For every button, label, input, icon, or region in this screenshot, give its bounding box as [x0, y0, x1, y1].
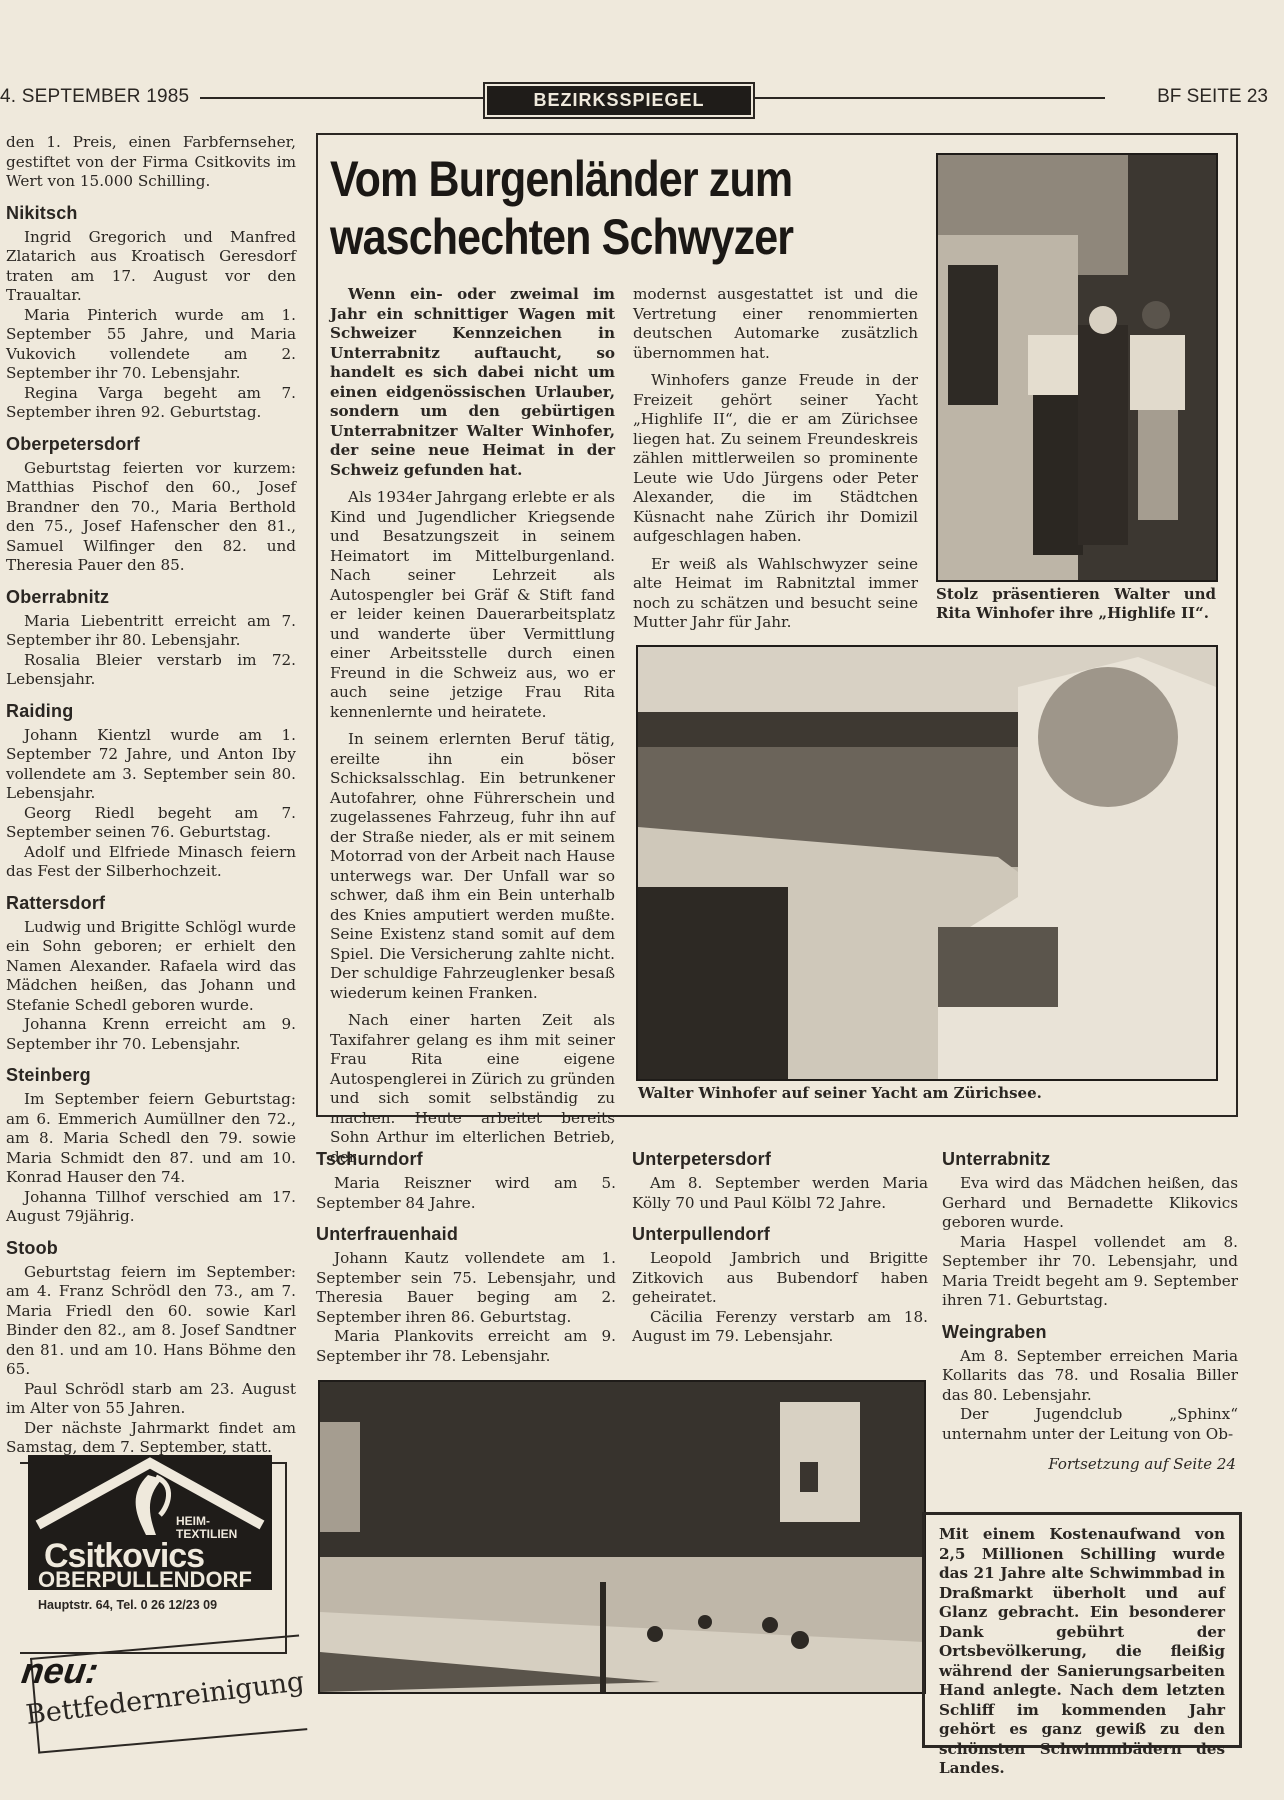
section-paragraph: Maria Liebentritt erreicht am 7. Septemb… — [6, 612, 296, 651]
section-heading: Oberrabnitz — [6, 586, 296, 608]
section-paragraph: Rosalia Bleier verstarb im 72. Lebensjah… — [6, 651, 296, 690]
section-heading: Unterrabnitz — [942, 1148, 1238, 1170]
photo-man-on-yacht — [636, 645, 1218, 1081]
photo-yacht-couple-image — [938, 155, 1216, 580]
ad-address: Hauptstr. 64, Tel. 0 26 12/23 09 — [38, 1598, 217, 1612]
header-rule-right — [755, 97, 1105, 99]
photo-man-on-yacht-image — [638, 647, 1216, 1079]
section-paragraph: Regina Varga begeht am 7. September ihre… — [6, 384, 296, 423]
feature-headline: Vom Burgenländer zum waschechten Schwyze… — [330, 150, 846, 266]
intro-text: den 1. Preis, einen Farbfernseher, gesti… — [6, 133, 296, 192]
section-paragraph: Johann Kautz vollendete am 1. September … — [316, 1249, 616, 1327]
section-paragraph: Am 8. September werden Maria Kölly 70 un… — [632, 1174, 928, 1213]
section-paragraph: Johann Kientzl wurde am 1. September 72 … — [6, 726, 296, 804]
feature-paragraph: Als 1934er Jahrgang erlebte er als Kind … — [330, 488, 615, 722]
section-paragraph: Adolf und Elfriede Minasch feiern das Fe… — [6, 843, 296, 882]
section-heading: Raiding — [6, 700, 296, 722]
section-paragraph: Maria Plankovits erreicht am 9. Septembe… — [316, 1327, 616, 1366]
section-paragraph: Maria Haspel vollendet am 8. September i… — [942, 1233, 1238, 1311]
section-paragraph: Der Jugendclub „Sphinx“ unternahm unter … — [942, 1405, 1238, 1444]
photo2-caption: Walter Winhofer auf seiner Yacht am Züri… — [638, 1084, 1042, 1103]
left-column: den 1. Preis, einen Farbfernseher, gesti… — [6, 133, 296, 1458]
section-heading: Oberpetersdorf — [6, 433, 296, 455]
page-number: BF SEITE 23 — [1157, 86, 1268, 108]
section-paragraph: Paul Schrödl starb am 23. August im Alte… — [6, 1380, 296, 1419]
feature-paragraph: In seinem erlernten Beruf tätig, ereilte… — [330, 730, 615, 1003]
pool-info-text: Mit einem Kostenaufwand von 2,5 Millione… — [939, 1525, 1225, 1779]
section-paragraph: Geburtstag feierten vor kurzem: Matthias… — [6, 459, 296, 576]
section-heading: Unterpetersdorf — [632, 1148, 928, 1170]
continuation-note[interactable]: Fortsetzung auf Seite 24 — [942, 1455, 1236, 1473]
section-heading: Steinberg — [6, 1064, 296, 1086]
section-paragraph: Der nächste Jahrmarkt findet am Samstag,… — [6, 1419, 296, 1458]
pool-info-box: Mit einem Kostenaufwand von 2,5 Millione… — [922, 1512, 1242, 1748]
section-paragraph: Johanna Krenn erreicht am 9. September i… — [6, 1015, 296, 1054]
section-paragraph: Geburtstag feiern im September: am 4. Fr… — [6, 1263, 296, 1380]
section-paragraph: Johanna Tillhof verschied am 17. August … — [6, 1188, 296, 1227]
section-paragraph: Maria Reiszner wird am 5. September 84 J… — [316, 1174, 616, 1213]
section-paragraph: Ludwig und Brigitte Schlögl wurde ein So… — [6, 918, 296, 1016]
photo-swimming-pool-image — [320, 1382, 924, 1692]
feature-column-2: modernst ausgestattet ist und die Vertre… — [633, 285, 918, 633]
section-heading: Unterfrauenhaid — [316, 1223, 616, 1245]
section-heading: Stoob — [6, 1237, 296, 1259]
section-heading: Nikitsch — [6, 202, 296, 224]
section-heading: Weingraben — [942, 1321, 1238, 1343]
lower-column-1: TschurndorfMaria Reiszner wird am 5. Sep… — [316, 1138, 616, 1366]
feature-paragraph: modernst ausgestattet ist und die Vertre… — [633, 285, 918, 363]
lower-column-2: UnterpetersdorfAm 8. September werden Ma… — [632, 1138, 928, 1347]
section-paragraph: Georg Riedl begeht am 7. September seine… — [6, 804, 296, 843]
advertisement[interactable]: HEIM- TEXTILIEN Csitkovics OBERPULLENDOR… — [28, 1455, 272, 1590]
feature-paragraph: Winhofers ganze Freude in der Freizeit g… — [633, 371, 918, 547]
lower-column-3: UnterrabnitzEva wird das Mädchen heißen,… — [942, 1138, 1238, 1444]
section-paragraph: Maria Pinterich wurde am 1. September 55… — [6, 306, 296, 384]
feature-col1-body: Als 1934er Jahrgang erlebte er als Kind … — [330, 488, 615, 1167]
section-heading: Tschurndorf — [316, 1148, 616, 1170]
feature-col2-body: modernst ausgestattet ist und die Vertre… — [633, 285, 918, 633]
photo-swimming-pool — [318, 1380, 926, 1694]
section-paragraph: Ingrid Gregorich und Manfred Zlatarich a… — [6, 228, 296, 306]
section-paragraph: Leopold Jambrich und Brigitte Zitkovich … — [632, 1249, 928, 1308]
section-heading: Unterpullendorf — [632, 1223, 928, 1245]
section-paragraph: Eva wird das Mädchen heißen, das Gerhard… — [942, 1174, 1238, 1233]
ad-town: OBERPULLENDORF — [38, 1567, 252, 1593]
feature-paragraph: Er weiß als Wahlschwyzer seine alte Heim… — [633, 555, 918, 633]
section-banner: BEZIRKSSPIEGEL — [483, 82, 755, 119]
section-paragraph: Cäcilia Ferenzy verstarb am 18. August i… — [632, 1308, 928, 1347]
ad-new-label: neu: — [19, 1650, 101, 1692]
header-rule-left — [200, 97, 483, 99]
section-paragraph: Am 8. September erreichen Maria Kollarit… — [942, 1347, 1238, 1406]
section-heading: Rattersdorf — [6, 892, 296, 914]
left-sections: NikitschIngrid Gregorich und Manfred Zla… — [6, 202, 296, 1458]
photo-yacht-couple — [936, 153, 1218, 582]
issue-date: 4. SEPTEMBER 1985 — [0, 86, 189, 108]
section-paragraph: Im September feiern Geburtstag: am 6. Em… — [6, 1090, 296, 1188]
photo1-caption: Stolz präsentieren Walter und Rita Winho… — [936, 585, 1216, 623]
feature-lead: Wenn ein- oder zweimal im Jahr ein schni… — [330, 285, 615, 480]
feature-column-1: Wenn ein- oder zweimal im Jahr ein schni… — [330, 285, 615, 1167]
